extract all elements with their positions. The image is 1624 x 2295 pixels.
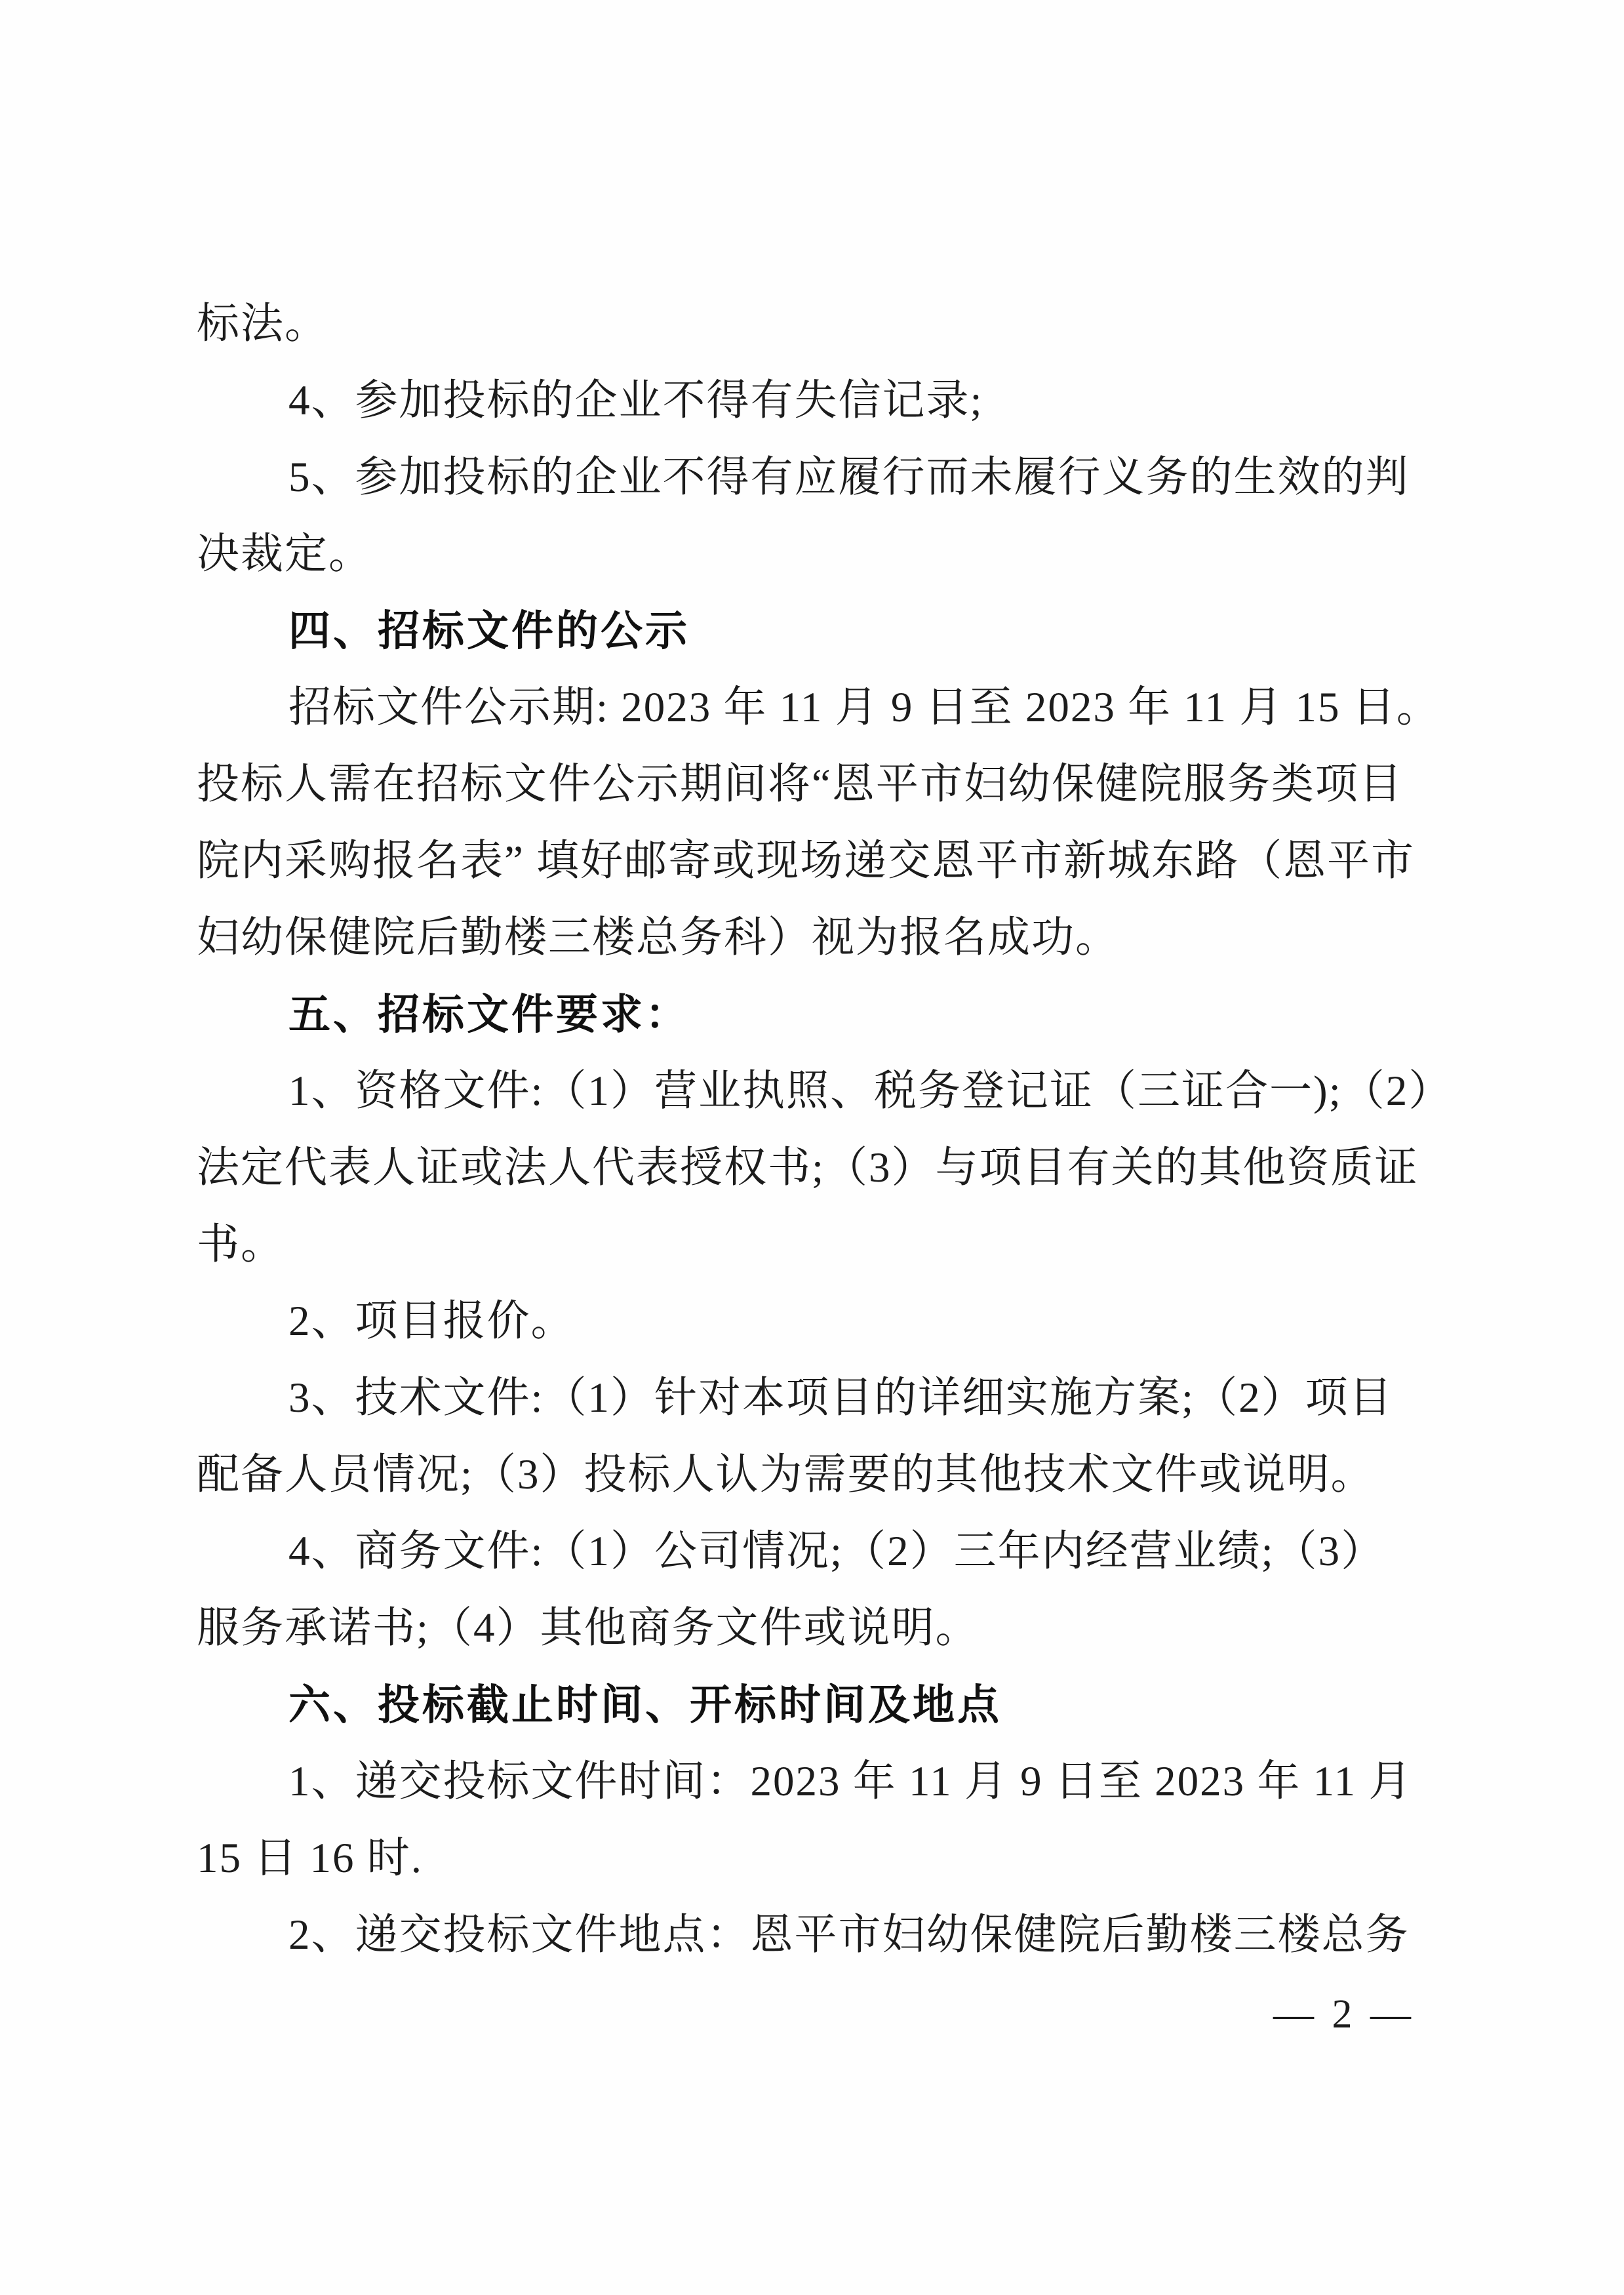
document-page: 标法。 4、参加投标的企业不得有失信记录; 5、参加投标的企业不得有应履行而未履… [0,0,1624,2295]
submission-place-line: 2、递交投标文件地点：恩平市妇幼保健院后勤楼三楼总务 [197,1897,1442,1974]
section-5-heading: 五、招标文件要求： [197,976,1442,1053]
requirement-1-wrap-line-1: 法定代表人证或法人代表授权书;（3）与项目有关的其他资质证 [197,1130,1442,1207]
publicity-body-line-2: 院内采购报名表” 填好邮寄或现场递交恩平市新城东路（恩平市 [197,823,1442,900]
clause-5-wrap-line: 决裁定。 [197,516,1442,593]
section-6-heading: 六、投标截止时间、开标时间及地点 [197,1667,1442,1744]
publicity-period-line: 招标文件公示期: 2023 年 11 月 9 日至 2023 年 11 月 15… [197,669,1442,746]
document-body: 标法。 4、参加投标的企业不得有失信记录; 5、参加投标的企业不得有应履行而未履… [197,286,1442,1974]
clause-5-line: 5、参加投标的企业不得有应履行而未履行义务的生效的判 [197,439,1442,516]
submission-time-line: 1、递交投标文件时间：2023 年 11 月 9 日至 2023 年 11 月 [197,1744,1442,1820]
text-line-continuation: 标法。 [197,286,1442,363]
requirement-2-line: 2、项目报价。 [197,1283,1442,1360]
requirement-3-wrap-line: 配备人员情况;（3）投标人认为需要的其他技术文件或说明。 [197,1437,1442,1513]
publicity-body-line-3: 妇幼保健院后勤楼三楼总务科）视为报名成功。 [197,900,1442,976]
requirement-4-line: 4、商务文件:（1）公司情况;（2）三年内经营业绩;（3） [197,1513,1442,1590]
requirement-4-wrap-line: 服务承诺书;（4）其他商务文件或说明。 [197,1590,1442,1667]
submission-time-wrap-line: 15 日 16 时. [197,1820,1442,1897]
publicity-body-line-1: 投标人需在招标文件公示期间将“恩平市妇幼保健院服务类项目 [197,746,1442,823]
requirement-1-line: 1、资格文件:（1）营业执照、税务登记证（三证合一);（2） [197,1053,1442,1130]
clause-4-line: 4、参加投标的企业不得有失信记录; [197,363,1442,439]
requirement-1-wrap-line-2: 书。 [197,1207,1442,1283]
requirement-3-line: 3、技术文件:（1）针对本项目的详细实施方案;（2）项目 [197,1360,1442,1437]
section-4-heading: 四、招标文件的公示 [197,593,1442,669]
page-number: — 2 — [1273,1988,1415,2041]
